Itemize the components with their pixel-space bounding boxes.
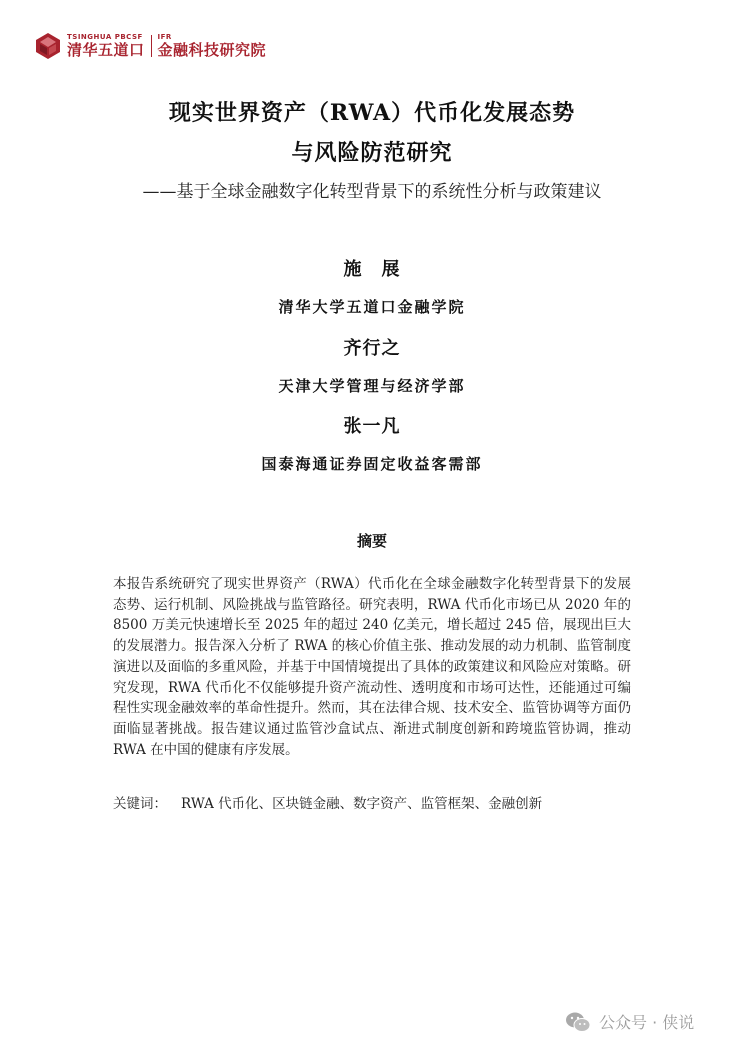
keywords-value: RWA 代币化、区块链金融、数字资产、监管框架、金融创新	[181, 796, 542, 812]
report-title-line-1: 现实世界资产（RWA）代币化发展态势	[0, 96, 744, 127]
abstract-body: 本报告系统研究了现实世界资产（RWA）代币化在全球金融数字化转型背景下的发展态势…	[113, 574, 631, 760]
report-subtitle: ——基于全球金融数字化转型背景下的系统性分析与政策建议	[0, 177, 744, 202]
author-name: 施 展	[0, 255, 744, 281]
keywords-label: 关键词：	[113, 796, 167, 812]
institution-logo: TSINGHUA PBCSF 清华五道口 IFR 金融科技研究院	[35, 30, 266, 62]
logo-chinese-text: 清华五道口	[67, 43, 145, 58]
logo-english-text: TSINGHUA PBCSF	[67, 34, 145, 41]
keywords-line: 关键词：RWA 代币化、区块链金融、数字资产、监管框架、金融创新	[113, 792, 633, 812]
wechat-watermark: 公众号 · 侠说	[565, 1010, 694, 1033]
watermark-text: 公众号 · 侠说	[599, 1010, 694, 1033]
author-name: 齐行之	[0, 334, 744, 360]
author-affiliation: 清华大学五道口金融学院	[0, 296, 744, 317]
abstract-heading: 摘要	[0, 530, 744, 551]
logo-divider	[151, 35, 152, 57]
logo-right-chinese-text: 金融科技研究院	[158, 43, 267, 58]
tsinghua-logo-icon	[35, 32, 61, 60]
report-title-line-2: 与风险防范研究	[0, 136, 744, 167]
author-name: 张一凡	[0, 412, 744, 438]
wechat-icon	[565, 1011, 591, 1033]
author-affiliation: 天津大学管理与经济学部	[0, 375, 744, 396]
logo-right-english-text: IFR	[158, 34, 267, 41]
author-affiliation: 国泰海通证券固定收益客需部	[0, 453, 744, 474]
